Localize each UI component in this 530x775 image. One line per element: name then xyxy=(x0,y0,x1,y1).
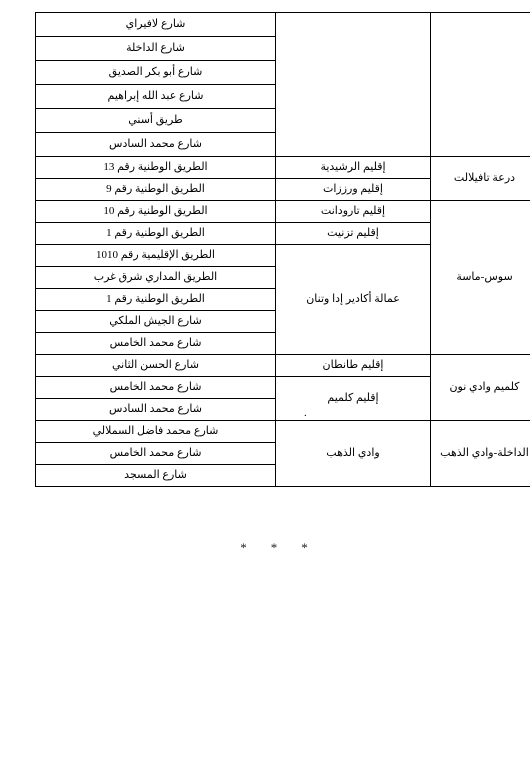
street-cell: الطريق الوطنية رقم 1 xyxy=(36,289,276,311)
province-cell: عمالة أكادير إدا وتنان xyxy=(276,245,431,355)
province-cell: إقليم الرشيدية xyxy=(276,157,431,179)
street-cell: شارع المسجد xyxy=(36,465,276,487)
table-row: الطريق الوطنية رقم 13 إقليم الرشيدية درع… xyxy=(36,157,530,179)
regions-provinces-streets-table: شارع لافيراي شارع الداخلة شارع أبو بكر ا… xyxy=(35,12,530,487)
street-cell: شارع عبد الله إبراهيم xyxy=(36,85,276,109)
street-cell: شارع الداخلة xyxy=(36,37,276,61)
street-cell: الطريق المداري شرق غرب xyxy=(36,267,276,289)
street-cell: شارع أبو بكر الصديق xyxy=(36,61,276,85)
region-cell: كلميم وادي نون xyxy=(431,355,530,421)
street-cell: طريق أسني xyxy=(36,109,276,133)
street-cell: شارع لافيراي xyxy=(36,13,276,37)
region-cell-empty xyxy=(431,13,530,157)
street-cell: شارع الحسن الثاني xyxy=(36,355,276,377)
table-row: شارع محمد فاضل السملالي وادي الذهب الداخ… xyxy=(36,421,530,443)
province-label: إقليم كلميم xyxy=(327,392,378,404)
asterisk-glyph: * xyxy=(271,540,278,556)
street-cell: شارع محمد السادس xyxy=(36,133,276,157)
street-cell: الطريق الوطنية رقم 10 xyxy=(36,201,276,223)
street-cell: الطريق الوطنية رقم 13 xyxy=(36,157,276,179)
asterisk-separator: * * * xyxy=(35,540,513,556)
province-cell: إقليم تزنيت xyxy=(276,223,431,245)
region-cell: درعة تافيلالت xyxy=(431,157,530,201)
asterisk-glyph: * xyxy=(240,540,247,556)
table-row: شارع لافيراي xyxy=(36,13,530,37)
street-cell: شارع محمد الخامس xyxy=(36,377,276,399)
region-cell: الداخلة-وادي الذهب xyxy=(431,421,530,487)
street-cell: شارع محمد السادس xyxy=(36,399,276,421)
street-cell: شارع محمد الخامس xyxy=(36,443,276,465)
street-cell: الطريق الإقليمية رقم 1010 xyxy=(36,245,276,267)
province-cell-empty xyxy=(276,13,431,157)
street-cell: الطريق الوطنية رقم 1 xyxy=(36,223,276,245)
street-cell: شارع الجيش الملكي xyxy=(36,311,276,333)
street-cell: الطريق الوطنية رقم 9 xyxy=(36,179,276,201)
province-cell: إقليم تارودانت xyxy=(276,201,431,223)
province-cell: وادي الذهب xyxy=(276,421,431,487)
stray-period: . xyxy=(304,408,307,419)
province-cell: إقليم كلميم . xyxy=(276,377,431,421)
street-cell: شارع محمد الخامس xyxy=(36,333,276,355)
province-cell: إقليم ورززات xyxy=(276,179,431,201)
document-page: { "colors": { "table_border": "#000000",… xyxy=(0,0,530,775)
province-cell: إقليم طانطان xyxy=(276,355,431,377)
street-cell: شارع محمد فاضل السملالي xyxy=(36,421,276,443)
table-row: شارع الحسن الثاني إقليم طانطان كلميم واد… xyxy=(36,355,530,377)
asterisk-glyph: * xyxy=(301,540,308,556)
table-row: الطريق الوطنية رقم 10 إقليم تارودانت سوس… xyxy=(36,201,530,223)
region-cell: سوس-ماسة xyxy=(431,201,530,355)
